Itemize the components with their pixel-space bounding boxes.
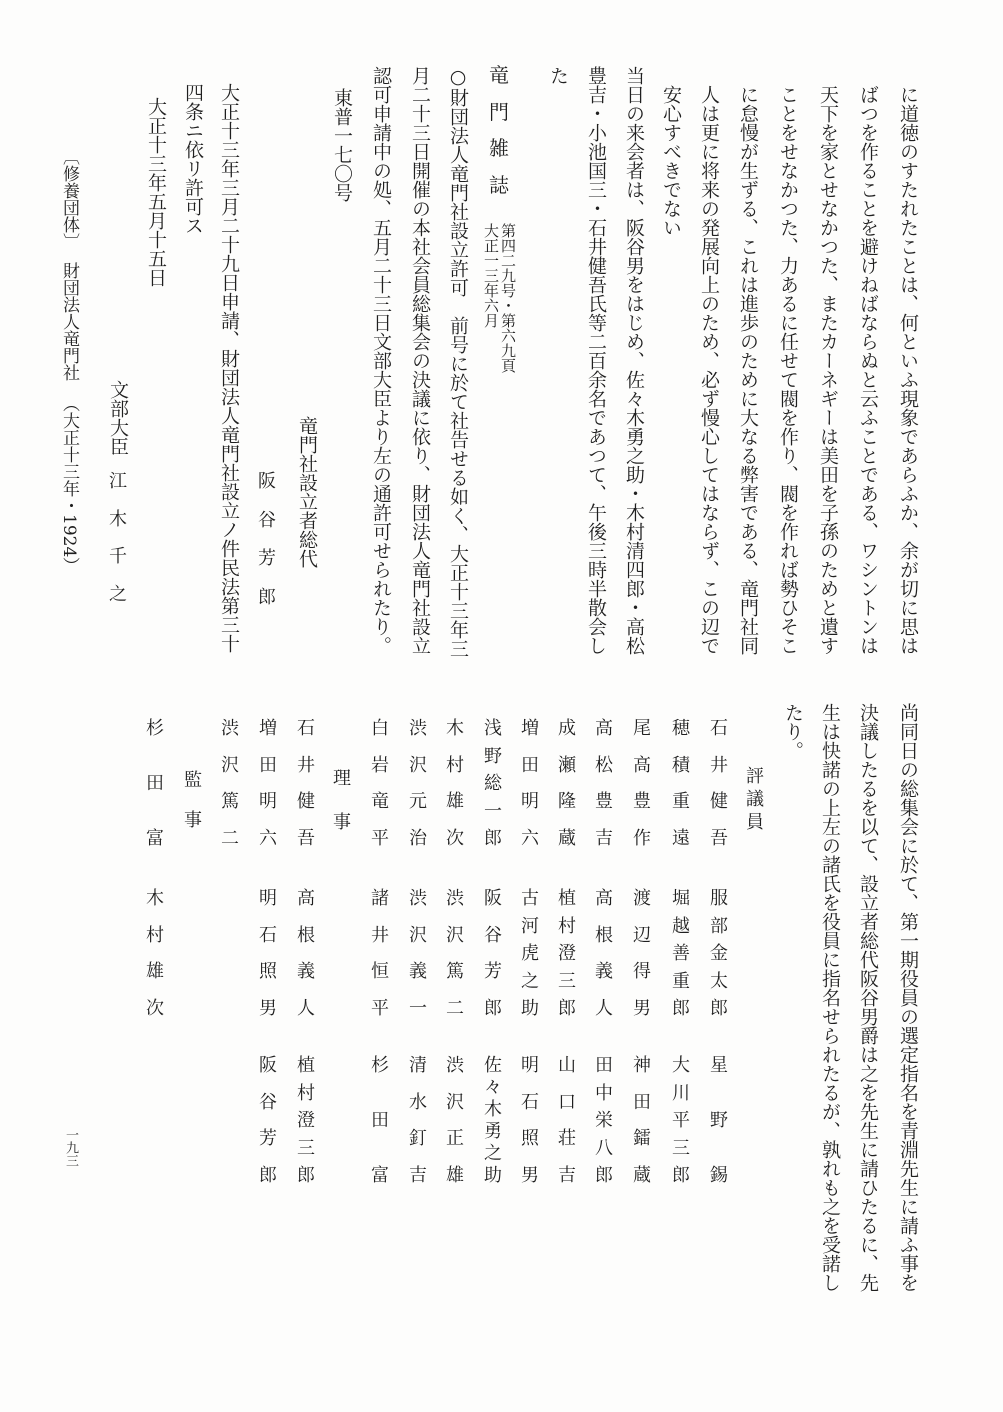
councillor-name: 佐々木勇之助 (482, 1057, 504, 1185)
source-title: 竜門雑誌 (488, 65, 510, 195)
councillor-name: 増田明六 (519, 720, 541, 848)
director-name: 阪谷芳郎 (257, 1057, 279, 1185)
speech-line: 人は更に将来の発展向上のため、必ず慢心してはならず、この辺で (699, 85, 719, 655)
councillor-name: 木村雄次 (444, 720, 466, 848)
councillor-name: 渋沢義一 (407, 890, 429, 1018)
header-category: 〔修養団体〕 (60, 148, 78, 250)
councillor-name: 堀越善重郎 (670, 890, 692, 1018)
permit-signer-name: 江木千之 (107, 473, 129, 604)
speech-line: に怠慢が生ずる、これは進歩のために大なる弊害である、竜門社同 (738, 85, 758, 655)
councillor-name: 高松豊吉 (593, 720, 615, 848)
permit-body-line: 四条ニ依リ許可ス (183, 83, 203, 235)
councillor-name: 穂積重遠 (670, 720, 692, 848)
document-page: 〔修養団体〕 財団法人竜門社 （大正十三年・1924） 一九三 に道徳のすたれた… (0, 0, 1003, 1412)
speech-line: 天下を家とせなかつた、またカーネギーは美田を子孫のためと遺す (818, 85, 838, 655)
source-issue: 第四二九号・第六九頁 (500, 223, 516, 373)
directors-label: 理事 (331, 770, 353, 832)
narrative-line: た (548, 66, 568, 85)
councillor-name: 尾高豊作 (631, 720, 653, 848)
councillor-name: 杉田富 (369, 1057, 391, 1185)
speech-line: 安心すべきでない (661, 85, 681, 237)
source-date: 大正一三年六月 (483, 223, 499, 328)
narrative-line: 当日の来会者は、阪谷男をはじめ、佐々木勇之助・木村清四郎・高松 (624, 66, 644, 655)
auditors-label: 監事 (182, 772, 204, 830)
speech-line: ことをせなかつた、力あるに任せて閥を作り、閥を作れば勢ひそこ (778, 85, 798, 655)
councillor-name: 高根義人 (593, 890, 615, 1018)
permit-number: 東普一七〇号 (332, 88, 352, 202)
councillor-name: 浅野総一郎 (482, 720, 504, 848)
councillor-name: 植村澄三郎 (556, 890, 578, 1018)
councillor-name: 渡辺得男 (631, 890, 653, 1018)
permit-applicant-title: 竜門社設立者総代 (297, 416, 317, 568)
page-number: 一九三 (63, 1128, 77, 1167)
header-organization: 財団法人竜門社 (60, 262, 78, 381)
councillor-name: 石井健吾 (708, 720, 730, 848)
director-name: 明石照男 (257, 890, 279, 1018)
permit-date: 大正十三年五月十五日 (146, 97, 166, 287)
officers-intro-line: 決議したるを以て、設立者総代阪谷男爵は之を先生に請ひたるに、先 (858, 703, 878, 1292)
councillors-label: 評議員 (744, 768, 766, 832)
councillor-name: 渋沢篤二 (444, 890, 466, 1018)
speech-line: ばつを作ることを避けねばならぬと云ふことである、ワシントンは (858, 85, 878, 655)
councillor-name: 大川平三郎 (670, 1057, 692, 1185)
speech-line: に道徳のすたれたことは、何といふ現象であらふか、余が切に思は (898, 85, 918, 655)
notice-line: ○財団法人竜門社設立許可 前号に於て社告せる如く、大正十三年三 (448, 66, 468, 658)
notice-line: 月二十三日開催の本社会員総集会の決議に依り、財団法人竜門社設立 (410, 66, 430, 655)
permit-signer-title: 文部大臣 (108, 380, 128, 456)
officers-intro-line: 生は快諾の上左の諸氏を役員に指名せられたるが、孰れも之を受諾し (820, 703, 840, 1292)
officers-intro-line: たり。 (783, 703, 803, 760)
councillor-name: 古河虎之助 (519, 890, 541, 1018)
permit-body-line: 大正十三年三月二十九日申請、財団法人竜門社設立ノ件民法第三十 (219, 83, 239, 653)
councillor-name: 星野錫 (708, 1057, 730, 1185)
councillor-name: 服部金太郎 (708, 890, 730, 1018)
councillor-name: 神田鐳蔵 (631, 1057, 653, 1185)
director-name: 植村澄三郎 (295, 1057, 317, 1185)
director-name: 増田明六 (257, 720, 279, 848)
councillor-name: 山口荘吉 (556, 1057, 578, 1185)
councillor-name: 諸井恒平 (369, 890, 391, 1018)
header-era: （大正十三年・1924） (60, 395, 78, 574)
director-name: 高根義人 (295, 890, 317, 1018)
auditor-name: 杉田富 (144, 720, 166, 848)
director-name: 渋沢篤二 (219, 720, 241, 848)
councillor-name: 渋沢元治 (407, 720, 429, 848)
permit-applicant-name: 阪谷芳郎 (256, 473, 278, 607)
narrative-line: 豊吉・小池国三・石井健吾氏等二百余名であつて、午後三時半散会し (586, 66, 606, 655)
councillor-name: 明石照男 (519, 1057, 541, 1185)
councillor-name: 成瀬隆蔵 (556, 720, 578, 848)
director-name: 石井健吾 (295, 720, 317, 848)
councillor-name: 渋沢正雄 (444, 1057, 466, 1185)
councillor-name: 田中栄八郎 (593, 1057, 615, 1185)
officers-intro-line: 尚同日の総集会に於て、第一期役員の選定指名を青淵先生に請ふ事を (898, 703, 918, 1292)
auditor-name: 木村雄次 (144, 890, 166, 1018)
notice-line: 認可申請中の処、五月二十三日文部大臣より左の通許可せられたり。 (371, 66, 391, 655)
councillor-name: 白岩竜平 (369, 720, 391, 848)
councillor-name: 阪谷芳郎 (482, 890, 504, 1018)
councillor-name: 清水釘吉 (407, 1057, 429, 1185)
